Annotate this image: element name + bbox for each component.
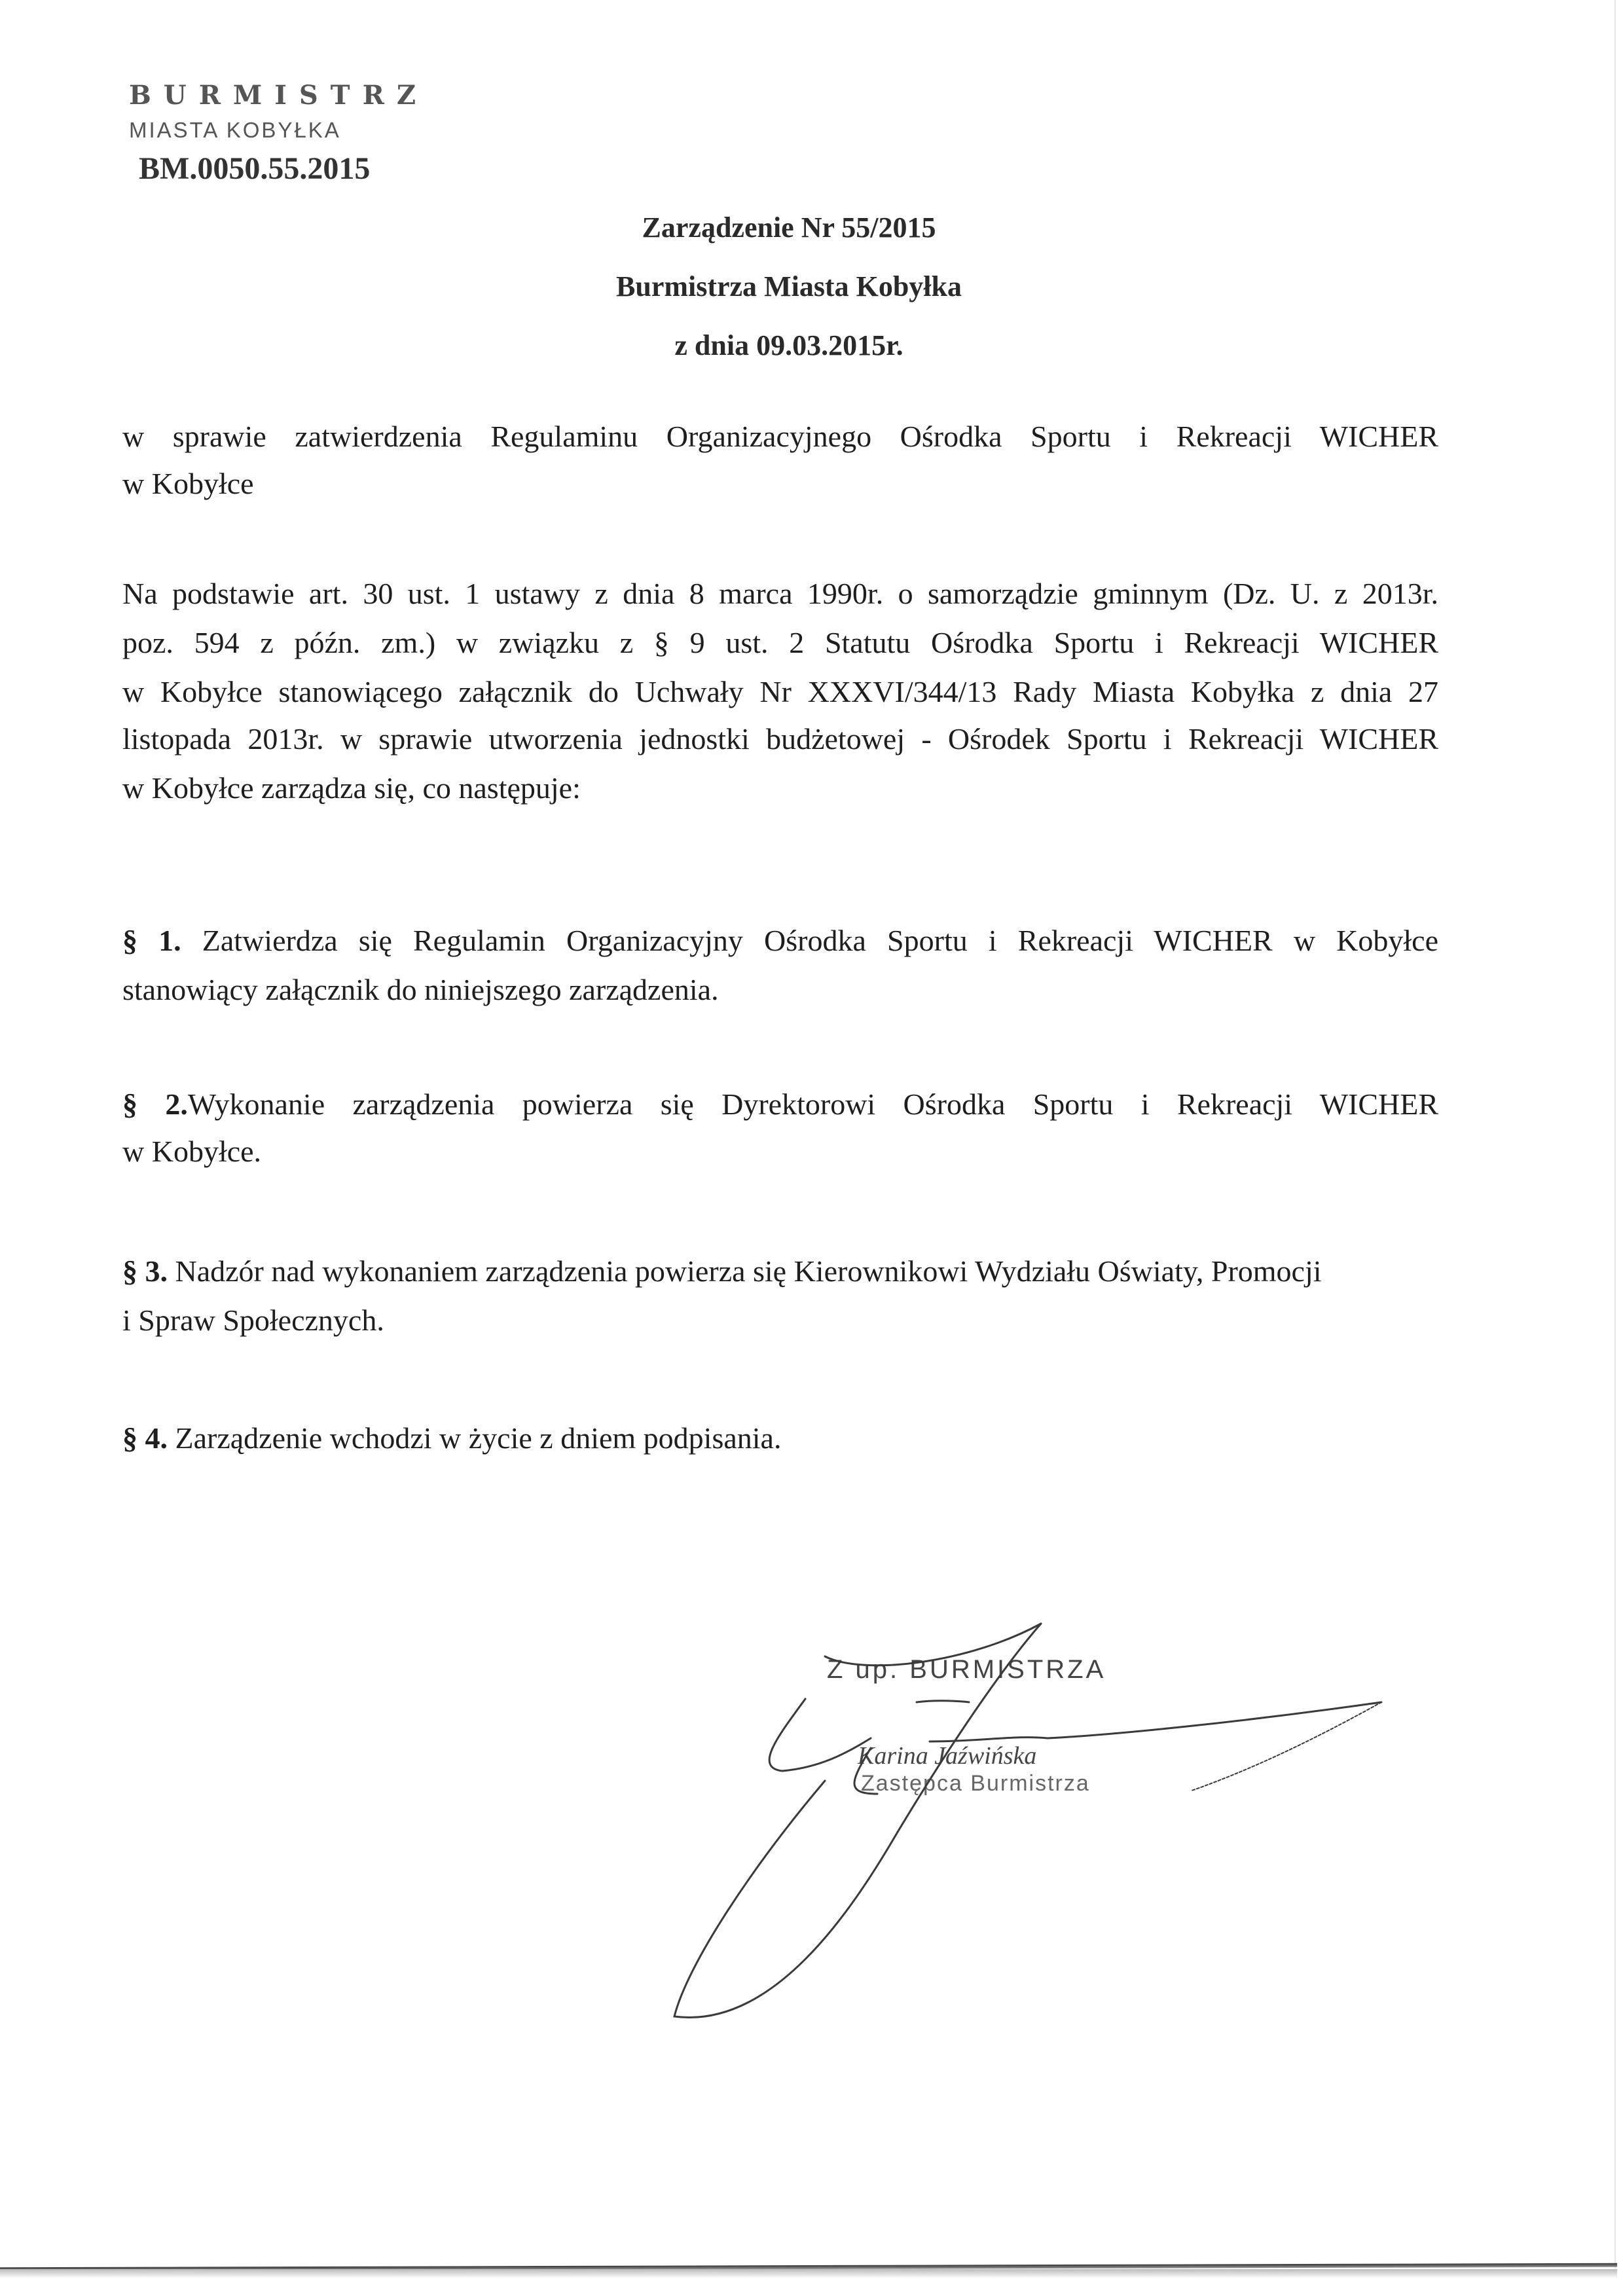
- preamble-line-2: poz. 594 z późn. zm.) w związku z § 9 us…: [122, 625, 1438, 660]
- paragraph-2-line-1: § 2.Wykonanie zarządzenia powierza się D…: [122, 1087, 1438, 1121]
- signature-role: Zastępca Burmistrza: [861, 1771, 1090, 1796]
- preamble-line-5: w Kobyłce zarządza się, co następuje:: [122, 771, 581, 805]
- paragraph-1-number: § 1.: [122, 924, 181, 957]
- paragraph-1-text: Zatwierdza się Regulamin Organizacyjny O…: [202, 924, 1438, 957]
- signature-authority: Z up. BURMISTRZA: [827, 1655, 1106, 1685]
- document-title: Zarządzenie Nr 55/2015: [0, 211, 1578, 244]
- paragraph-3-text: Nadzór nad wykonaniem zarządzenia powier…: [175, 1254, 1322, 1288]
- paragraph-2-text: Wykonanie zarządzenia powierza się Dyrek…: [188, 1087, 1438, 1121]
- preamble-line-1: Na podstawie art. 30 ust. 1 ustawy z dni…: [122, 576, 1438, 611]
- paragraph-4-number: § 4.: [122, 1421, 168, 1455]
- preamble-line-4: listopada 2013r. w sprawie utworzenia je…: [122, 721, 1438, 756]
- reference-number: BM.0050.55.2015: [139, 151, 370, 187]
- paragraph-2-line-2: w Kobyłce.: [122, 1134, 261, 1169]
- stamp-city: MIASTA KOBYŁKA: [129, 118, 341, 143]
- signature-name: Karina Jaźwińska: [858, 1741, 1036, 1770]
- subject-line-2: w Kobyłce: [122, 466, 254, 501]
- scan-shadow: [0, 2269, 1617, 2278]
- paragraph-3-line-2: i Spraw Społecznych.: [122, 1303, 384, 1338]
- paragraph-3-number: § 3.: [122, 1254, 168, 1288]
- paragraph-1-line-2: stanowiący załącznik do niniejszego zarz…: [122, 972, 719, 1007]
- subject-line-1: w sprawie zatwierdzenia Regulaminu Organ…: [122, 419, 1438, 454]
- paragraph-4-text: Zarządzenie wchodzi w życie z dniem podp…: [175, 1421, 782, 1455]
- paragraph-1-line-1: § 1. Zatwierdza się Regulamin Organizacy…: [122, 923, 1438, 958]
- paragraph-3-line-1: § 3. Nadzór nad wykonaniem zarządzenia p…: [122, 1254, 1322, 1288]
- document-issuer: Burmistrza Miasta Kobyłka: [0, 270, 1578, 303]
- paragraph-2-number: § 2.: [122, 1087, 188, 1121]
- preamble-line-3: w Kobyłce stanowiącego załącznik do Uchw…: [122, 674, 1438, 709]
- scan-edge-right: [1614, 0, 1616, 2269]
- paragraph-4-line-1: § 4. Zarządzenie wchodzi w życie z dniem…: [122, 1421, 781, 1455]
- document-date: z dnia 09.03.2015r.: [0, 329, 1578, 362]
- stamp-office: BURMISTRZ: [129, 80, 428, 111]
